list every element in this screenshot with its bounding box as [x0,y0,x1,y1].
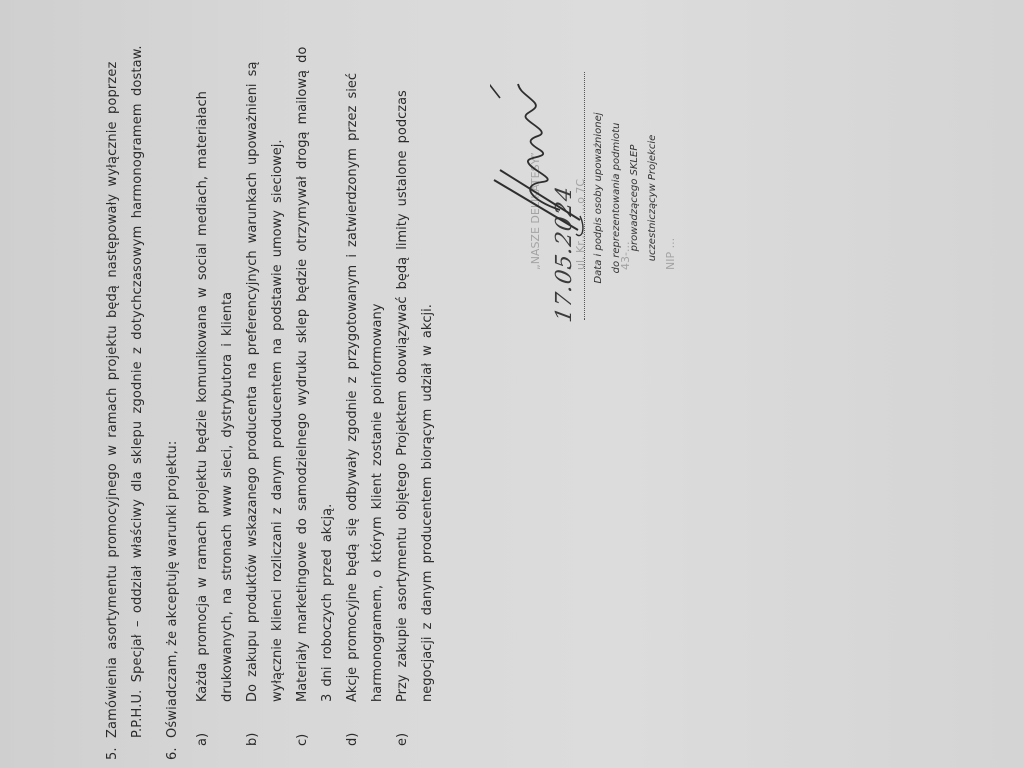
item-d-label: d) [340,733,365,746]
item-a-label: a) [190,733,215,746]
section-6-intro-text: Oświadczam, że akceptuję warunki projekt… [165,441,180,738]
signature-block: „NASZE DELIKATESY” ul. Kr... ...o 7C 43-… [490,70,670,330]
item-d-line-1: Akcje promocyjne będą się odbywały zgodn… [340,73,365,702]
item-c-line-2: 3 dni roboczych przed akcją. [315,47,340,702]
caption-line: prowadzącego SKLEP [626,78,644,318]
section-5-line-1: Zamówienia asortymentu promocyjnego w ra… [105,62,120,738]
photo-viewport: 5.Zamówienia asortymentu promocyjnego w … [0,0,1024,768]
item-e-line-1: Przy zakupie asortymentu objętego Projek… [390,90,415,702]
document-page: 5.Zamówienia asortymentu promocyjnego w … [0,0,1024,768]
section-5-line-2: P.P.H.U. Specjał – oddział właściwy dla … [125,45,150,760]
item-a-line-1: Każda promocja w ramach projektu będzie … [190,91,215,702]
item-e-line-2: negocjacji z danym producentem biorącym … [415,90,440,702]
section-5-number: 5. [100,738,125,760]
item-c-label: c) [290,734,315,746]
item-b-label: b) [240,733,265,746]
section-6-intro: 6.Oświadczam, że akceptuję warunki proje… [160,441,185,760]
signature-line [584,72,585,320]
signature-caption: Data i podpis osoby upoważnionej do repr… [590,78,662,318]
caption-line: do reprezentowania podmiotu [608,78,626,318]
item-b-line-1: Do zakupu produktów wskazanego producent… [240,62,265,702]
caption-line: uczestniczącyw Projekcie [644,78,662,318]
item-a-line-2: drukowanych, na stronach www sieci, dyst… [215,91,240,702]
item-c-line-1: Materiały marketingowe do samodzielnego … [290,47,315,702]
caption-line: Data i podpis osoby upoważnionej [590,78,608,318]
item-e-label: e) [390,733,415,746]
item-b-line-2: wyłącznie klienci rozliczani z danym pro… [265,62,290,702]
handwritten-signature [490,70,585,240]
section-6-number: 6. [160,738,185,760]
item-d-line-2: harmonogramem, o którym klient zostanie … [365,73,390,702]
section-5: 5.Zamówienia asortymentu promocyjnego w … [100,45,150,760]
stamp-line: NIP ... [663,152,678,270]
